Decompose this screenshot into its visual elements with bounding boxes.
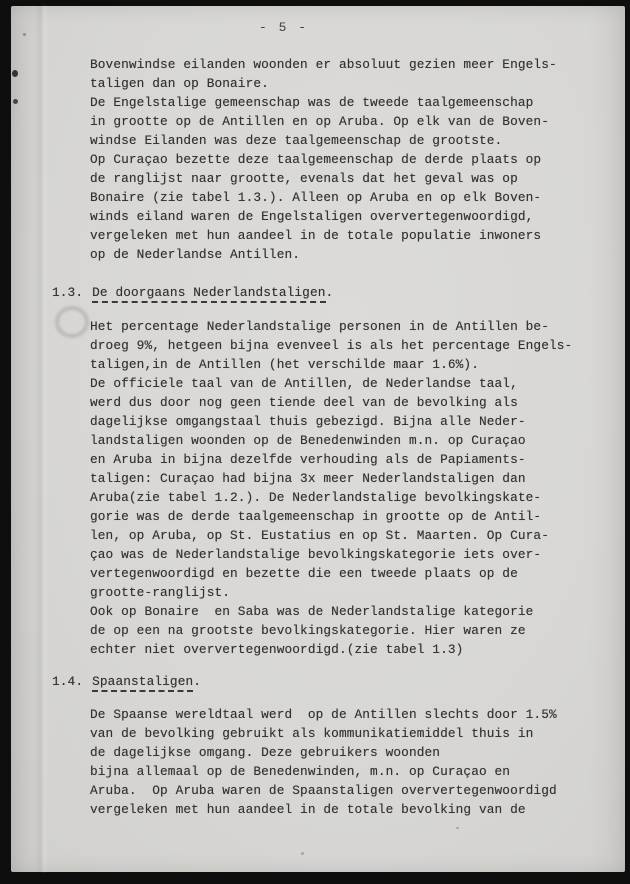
paragraph-intro: Bovenwindse eilanden woonden er absoluut… [90, 55, 590, 264]
text-column: Bovenwindse eilanden woonden er absoluut… [90, 55, 590, 819]
scanned-page: - 5 - Bovenwindse eilanden woonden er ab… [11, 6, 625, 872]
section-title-period: . [193, 674, 201, 689]
section-heading-1-3: 1.3.De doorgaans Nederlandstaligen. [52, 282, 590, 303]
section-heading-1-4: 1.4.Spaanstaligen. [52, 671, 590, 692]
paragraph-1-3: Het percentage Nederlandstalige personen… [90, 317, 590, 659]
page-number: - 5 - [259, 20, 308, 35]
scan-speck [12, 70, 18, 77]
scan-speck [301, 852, 304, 855]
section-number: 1.4. [52, 671, 83, 692]
paper-crease [35, 6, 49, 872]
hole-punch-mark [55, 306, 89, 338]
section-title-period: . [326, 285, 334, 300]
scan-speck [23, 33, 26, 36]
section-title: Spaanstaligen [92, 674, 193, 692]
scan-speck [456, 827, 459, 829]
scan-speck [13, 99, 18, 104]
paragraph-1-4: De Spaanse wereldtaal werd op de Antille… [90, 705, 590, 819]
section-number: 1.3. [52, 282, 83, 303]
section-title: De doorgaans Nederlandstaligen [92, 285, 325, 303]
